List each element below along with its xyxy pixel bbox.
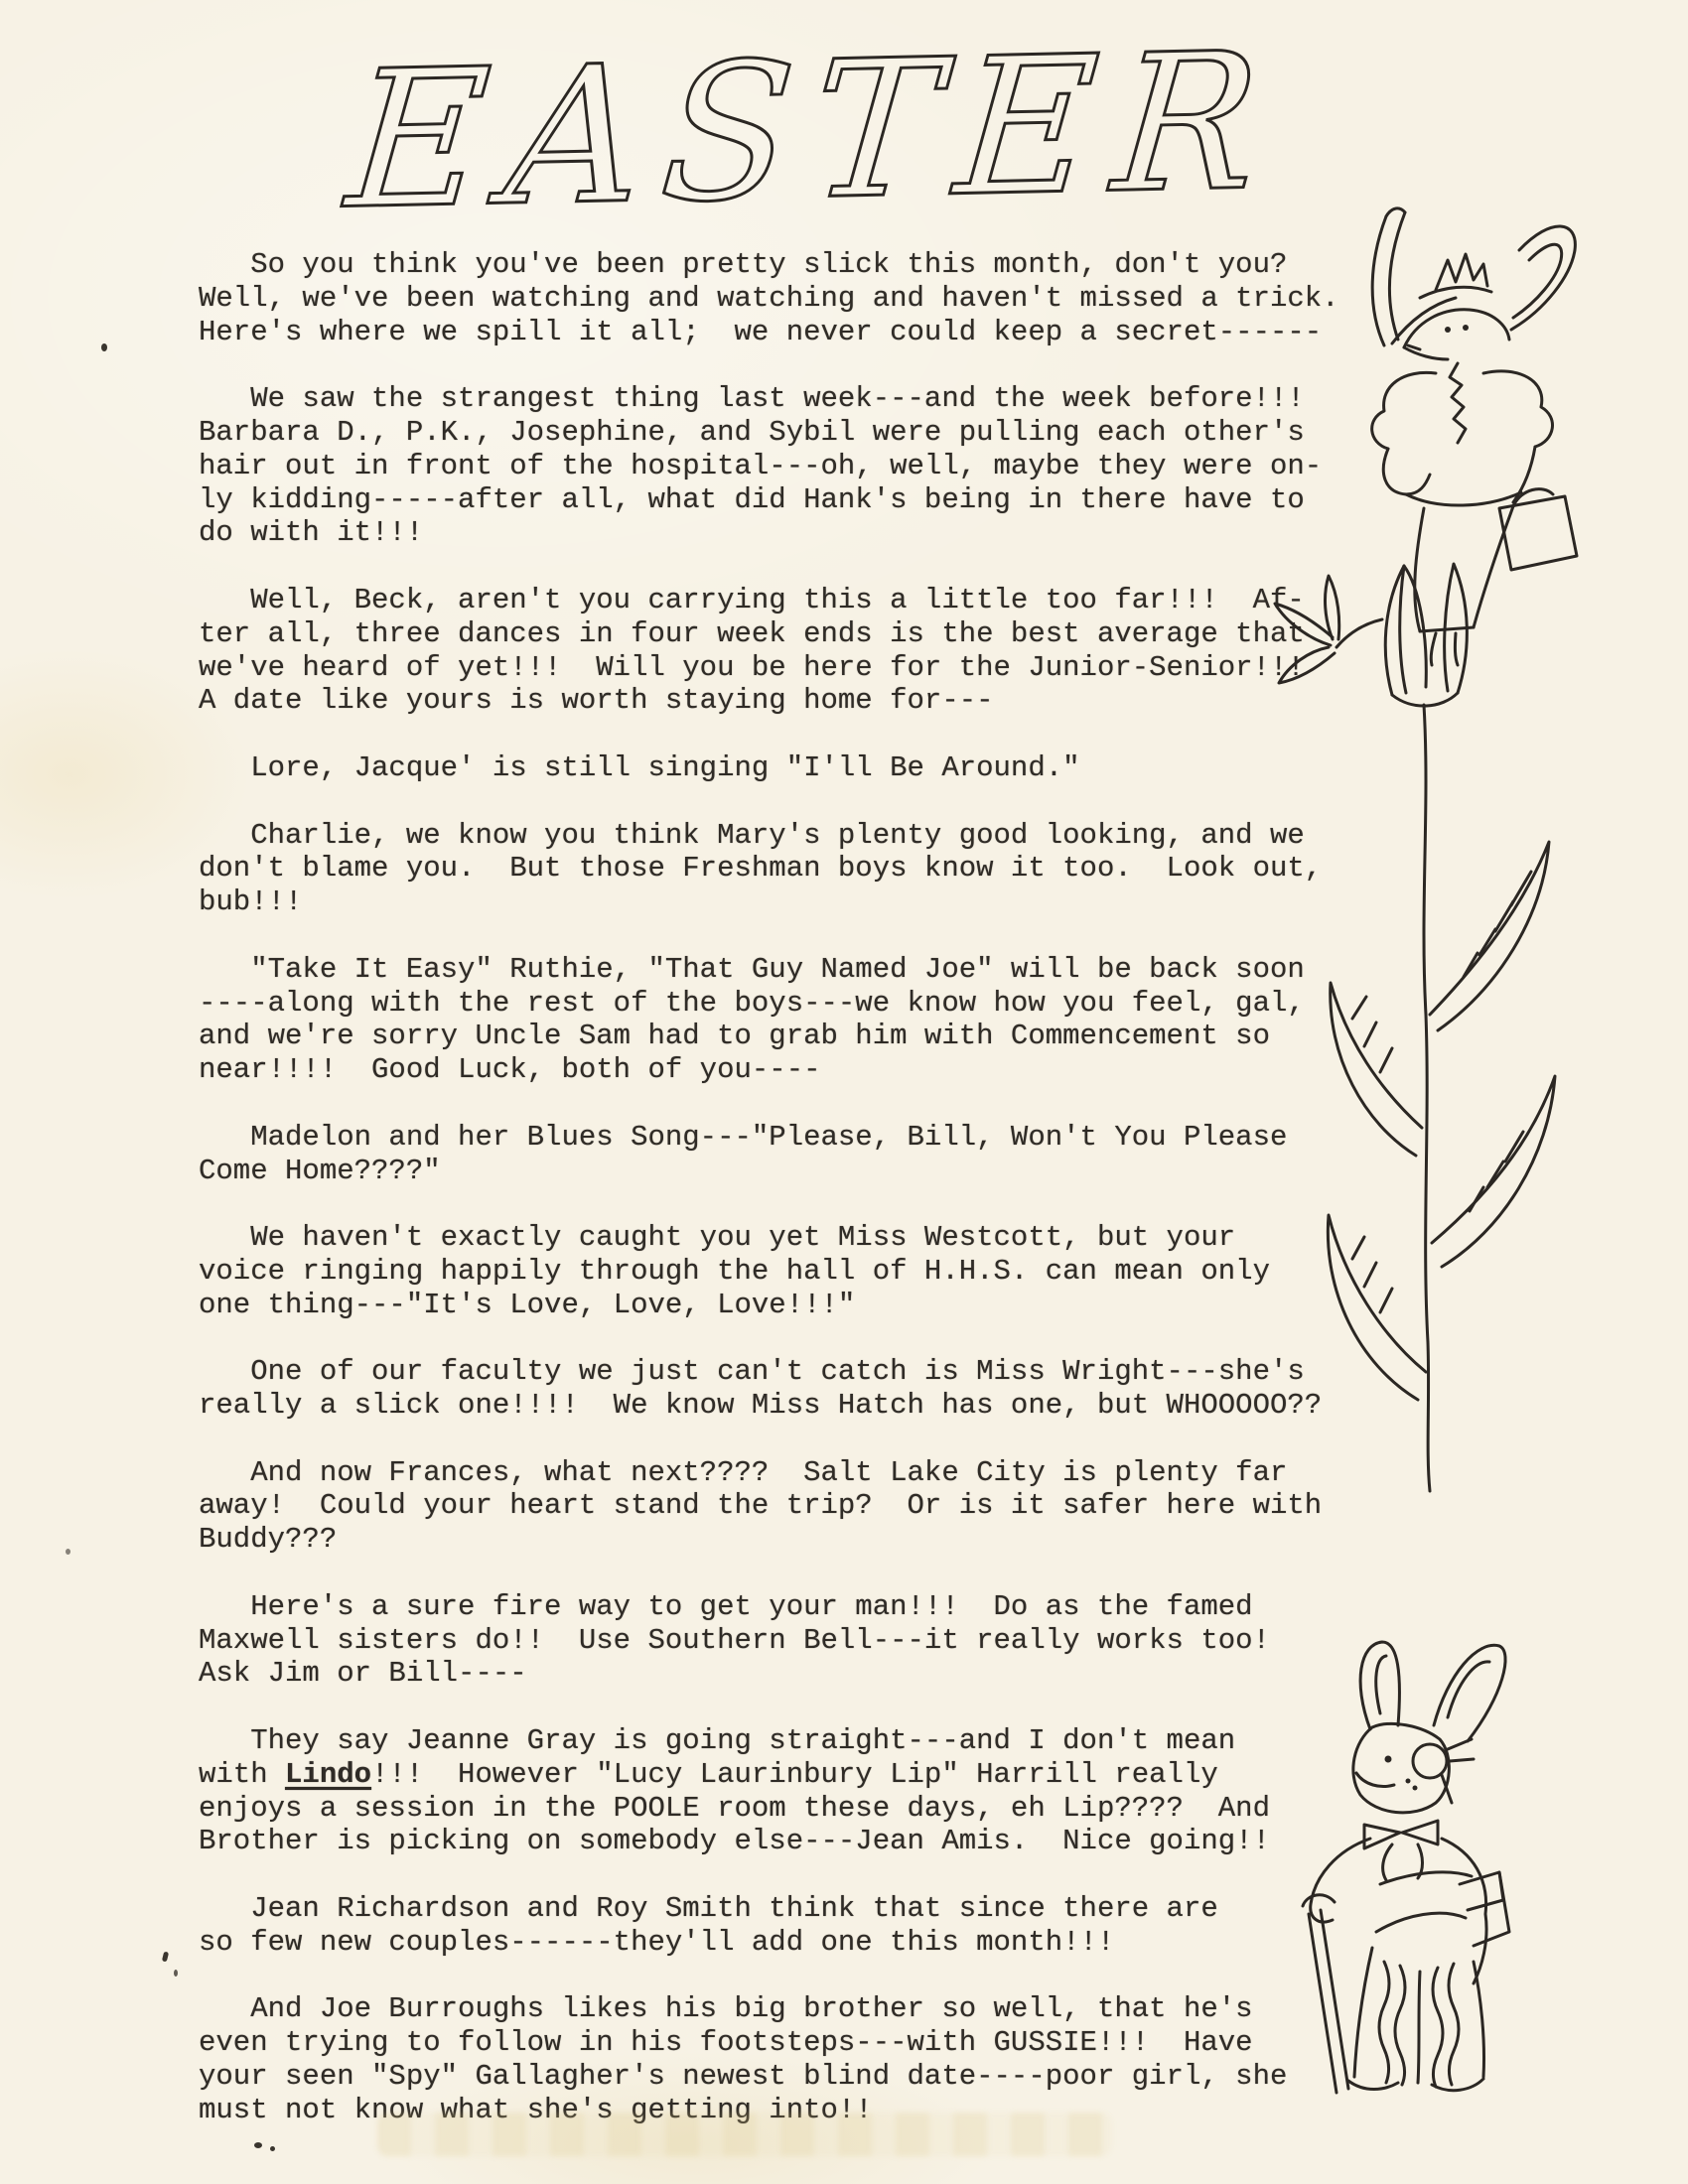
text-line: so few new couples------they'll add one … [199, 1926, 1370, 1960]
paragraph: So you think you've been pretty slick th… [199, 248, 1370, 348]
text-line: We saw the strangest thing last week---a… [199, 382, 1370, 416]
page-title-text: EASTER [341, 12, 1287, 251]
underlined-word: Lindo [285, 1758, 371, 1791]
paragraph: They say Jeanne Gray is going straight--… [199, 1724, 1370, 1858]
paragraph: Here's a sure fire way to get your man!!… [199, 1590, 1370, 1691]
text-line: really a slick one!!!! We know Miss Hatc… [199, 1389, 1370, 1423]
ghost-ink-smudge [377, 2113, 1112, 2156]
text-line: Maxwell sisters do!! Use Southern Bell--… [199, 1624, 1370, 1658]
text-line: don't blame you. But those Freshman boys… [199, 852, 1370, 886]
easter-lily-illustration [1253, 548, 1581, 1501]
paragraph: Jean Richardson and Roy Smith think that… [199, 1892, 1370, 1960]
paragraph: We haven't exactly caught you yet Miss W… [199, 1221, 1370, 1321]
text-line: even trying to follow in his footsteps--… [199, 2026, 1370, 2060]
text-line: Here's a sure fire way to get your man!!… [199, 1590, 1370, 1624]
text-block: So you think you've been pretty slick th… [199, 248, 1370, 2127]
text-line: your seen "Spy" Gallagher's newest blind… [199, 2060, 1370, 2094]
text-line: with Lindo!!! However "Lucy Laurinbury L… [199, 1758, 1370, 1792]
text-line: ----along with the rest of the boys---we… [199, 987, 1370, 1021]
text-line: A date like yours is worth staying home … [199, 684, 1370, 718]
paragraph: Lore, Jacque' is still singing "I'll Be … [199, 751, 1370, 785]
text-line: Here's where we spill it all; we never c… [199, 316, 1370, 349]
text-line: do with it!!! [199, 516, 1370, 550]
paragraph: We saw the strangest thing last week---a… [199, 382, 1370, 550]
paragraph: And Joe Burroughs likes his big brother … [199, 1992, 1370, 2126]
text-line: bub!!! [199, 886, 1370, 919]
text-line: near!!!! Good Luck, both of you---- [199, 1053, 1370, 1087]
text-line: ly kidding-----after all, what did Hank'… [199, 483, 1370, 517]
text-line: "Take It Easy" Ruthie, "That Guy Named J… [199, 953, 1370, 987]
text-line: Barbara D., P.K., Josephine, and Sybil w… [199, 416, 1370, 450]
text-line: Buddy??? [199, 1523, 1370, 1557]
text-line: and we're sorry Uncle Sam had to grab hi… [199, 1020, 1370, 1053]
text-line: away! Could your heart stand the trip? O… [199, 1489, 1370, 1523]
stray-mark [66, 1549, 70, 1555]
stray-mark [162, 1952, 169, 1963]
paragraph: One of our faculty we just can't catch i… [199, 1355, 1370, 1423]
text-line: And Joe Burroughs likes his big brother … [199, 1992, 1370, 2026]
paragraph: Madelon and her Blues Song---"Please, Bi… [199, 1121, 1370, 1188]
text-line: hair out in front of the hospital---oh, … [199, 450, 1370, 483]
stray-mark [254, 2142, 262, 2148]
paragraph: Charlie, we know you think Mary's plenty… [199, 819, 1370, 919]
text-line: We haven't exactly caught you yet Miss W… [199, 1221, 1370, 1255]
text-line: Jean Richardson and Roy Smith think that… [199, 1892, 1370, 1926]
text-line: Ask Jim or Bill---- [199, 1657, 1370, 1691]
text-line: Well, Beck, aren't you carrying this a l… [199, 584, 1370, 617]
stray-mark [174, 1970, 178, 1977]
scanned-page: EASTER So you think you've been pretty s… [0, 0, 1688, 2184]
paragraph: And now Frances, what next???? Salt Lake… [199, 1456, 1370, 1557]
gentleman-rabbit-illustration [1253, 1634, 1611, 2111]
text-line: They say Jeanne Gray is going straight--… [199, 1724, 1370, 1758]
text-line: Charlie, we know you think Mary's plenty… [199, 819, 1370, 853]
text-line: Madelon and her Blues Song---"Please, Bi… [199, 1121, 1370, 1155]
page-title: EASTER [342, 28, 1251, 235]
text-line: ter all, three dances in four week ends … [199, 617, 1370, 651]
text-line: one thing---"It's Love, Love, Love!!!" [199, 1289, 1370, 1322]
paragraph: Well, Beck, aren't you carrying this a l… [199, 584, 1370, 718]
text-line: we've heard of yet!!! Will you be here f… [199, 651, 1370, 685]
text-line: One of our faculty we just can't catch i… [199, 1355, 1370, 1389]
text-line: enjoys a session in the POOLE room these… [199, 1792, 1370, 1826]
stray-mark [101, 343, 107, 351]
text-line: Well, we've been watching and watching a… [199, 282, 1370, 316]
text-line: Lore, Jacque' is still singing "I'll Be … [199, 751, 1370, 785]
paragraph: "Take It Easy" Ruthie, "That Guy Named J… [199, 953, 1370, 1087]
text-line: voice ringing happily through the hall o… [199, 1255, 1370, 1289]
text-line: And now Frances, what next???? Salt Lake… [199, 1456, 1370, 1490]
text-line: Come Home????" [199, 1155, 1370, 1188]
text-line: So you think you've been pretty slick th… [199, 248, 1370, 282]
text-line: Brother is picking on somebody else---Je… [199, 1825, 1370, 1858]
stray-mark [270, 2146, 275, 2151]
